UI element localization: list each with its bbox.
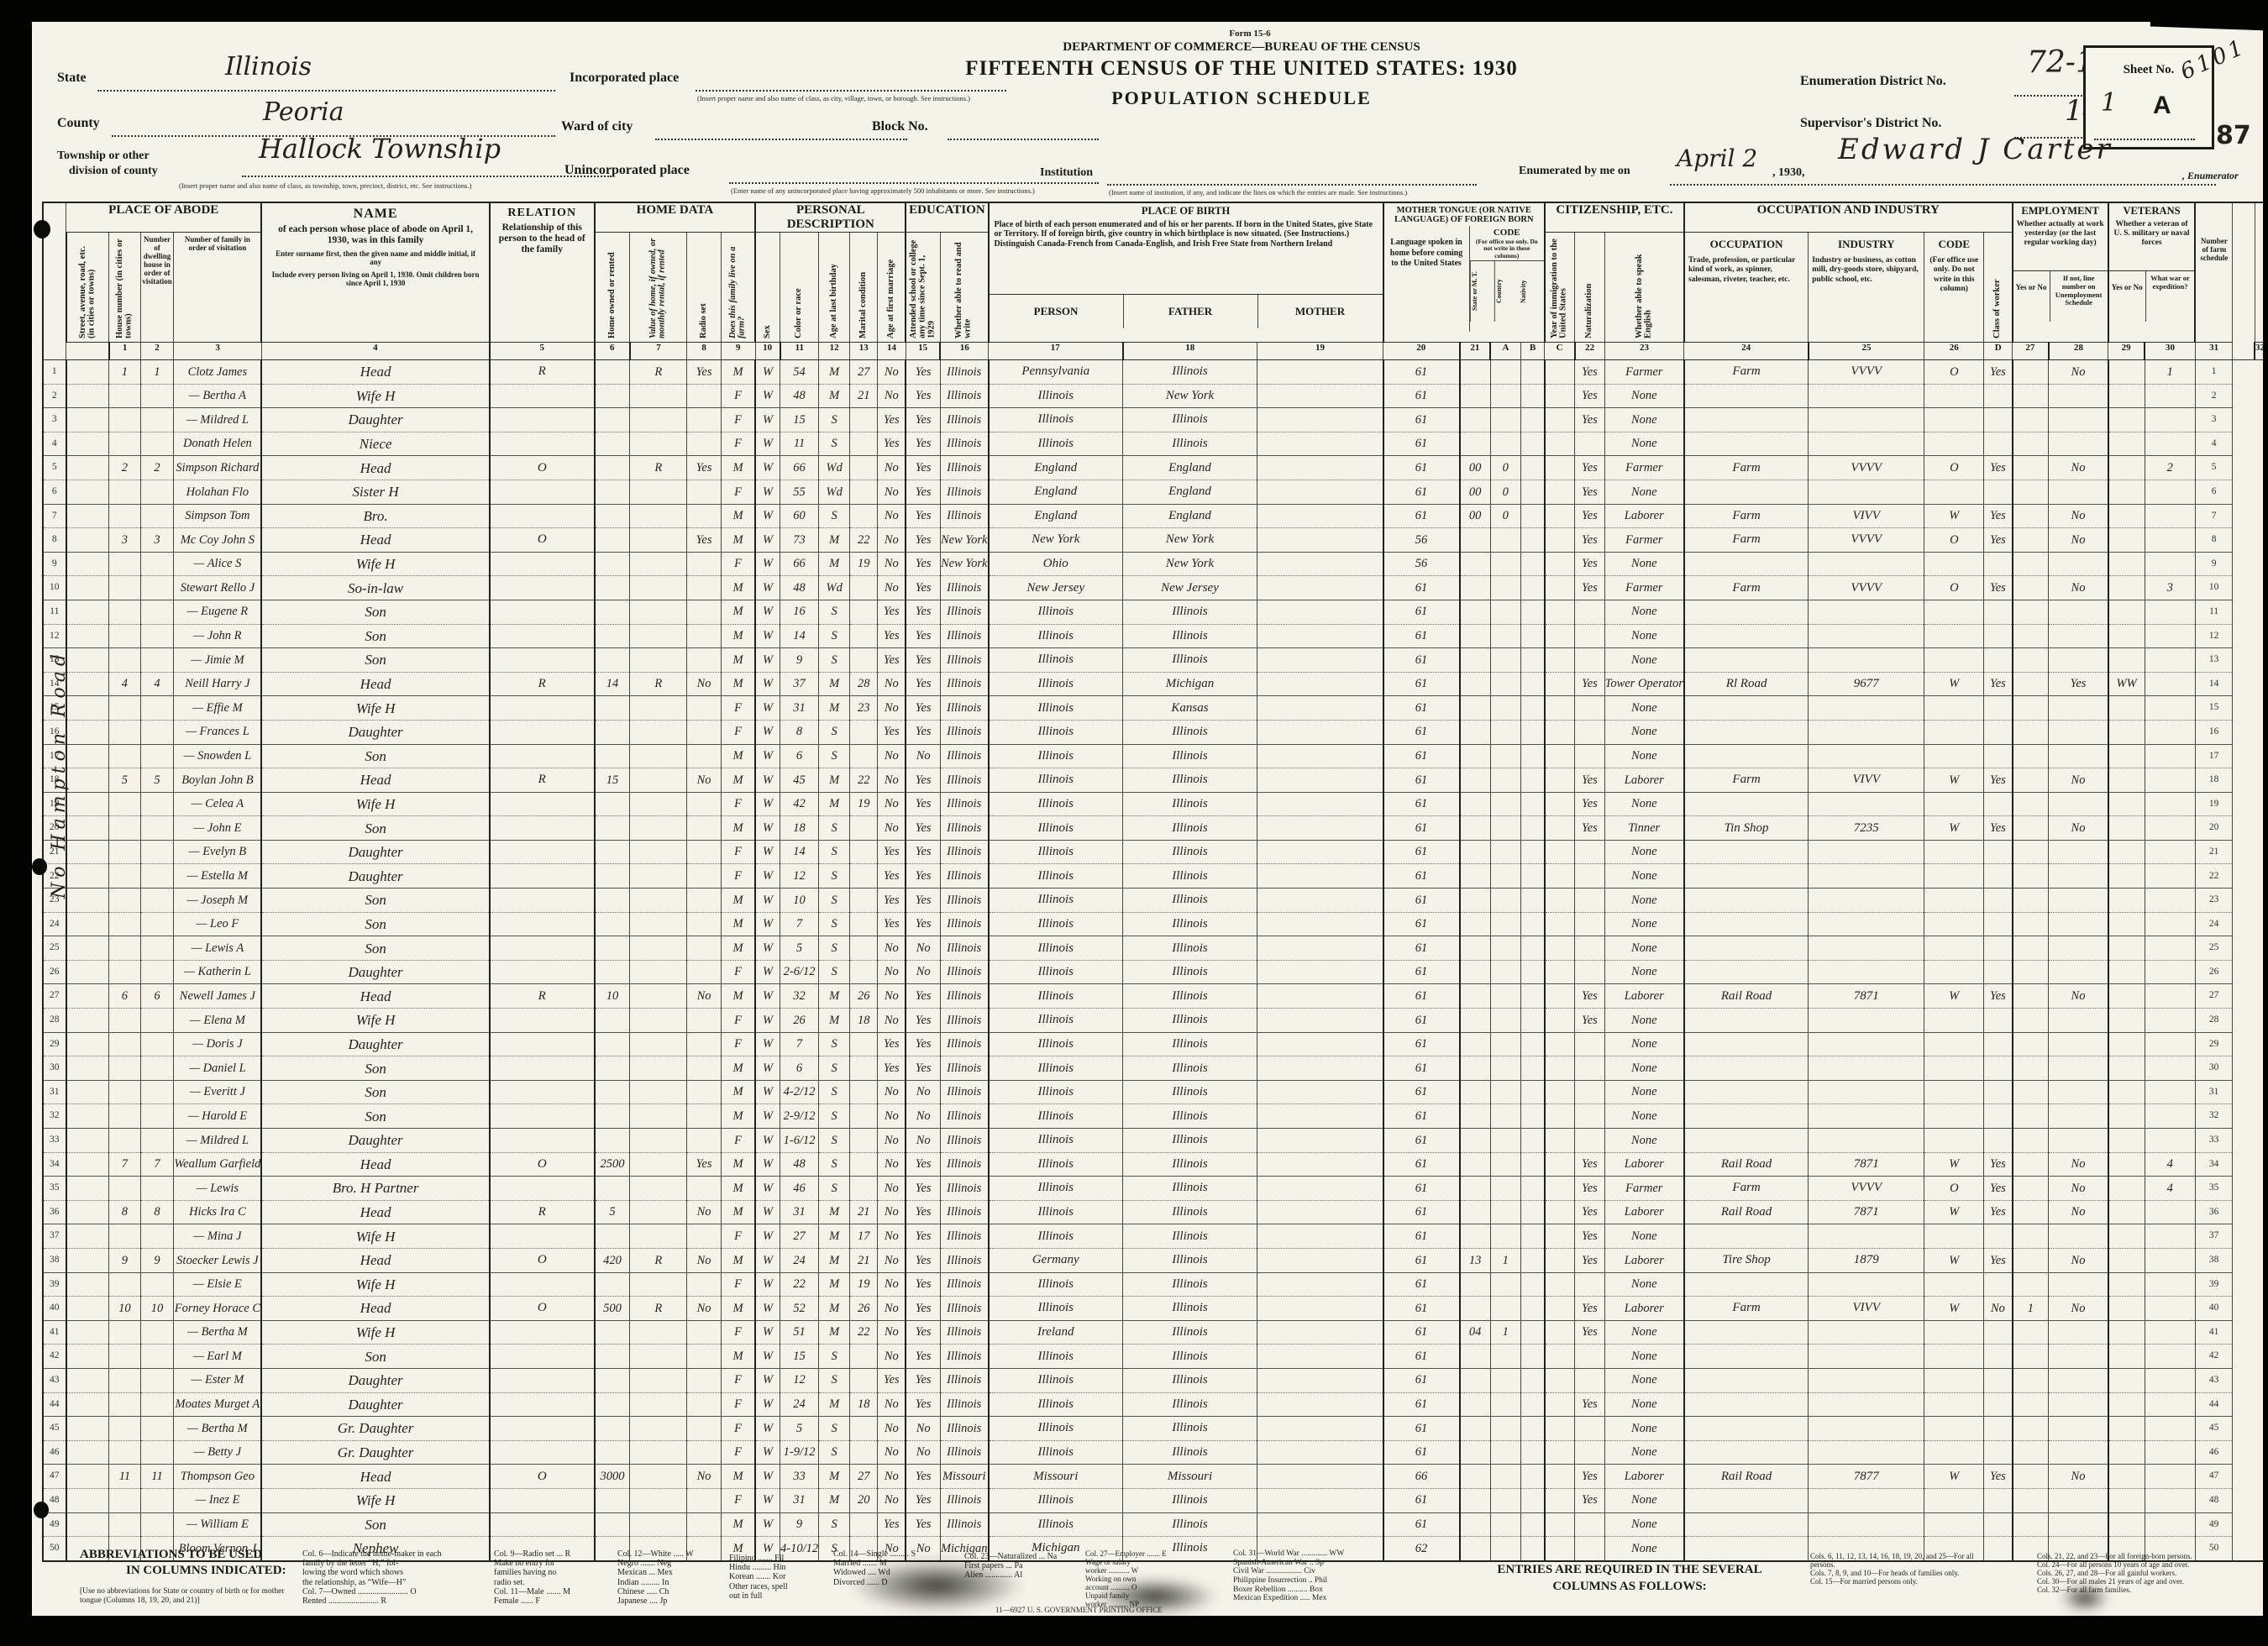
cell-street [66, 480, 109, 504]
cell-cA [1460, 960, 1491, 984]
cell-bp: Illinois [989, 792, 1123, 816]
cell-nat [1575, 1032, 1604, 1056]
cell-fam: — Katherin L [174, 960, 261, 984]
cell-v31 [2145, 1297, 2195, 1321]
footer-abbrev-line: Philippine Insurrection .. Phil [1233, 1576, 1447, 1586]
cell-bpm [1257, 1032, 1383, 1056]
cell-rel [490, 1345, 595, 1369]
line-number-left: 47 [43, 1465, 66, 1489]
cell-bpf: Illinois [1123, 1080, 1257, 1104]
cell-occ [1684, 552, 1809, 576]
cell-w29: No [2049, 816, 2108, 841]
cell-house: 10 [109, 1297, 140, 1321]
footer-abbrev-line: families having no [494, 1568, 612, 1577]
cell-agem: Yes [878, 864, 906, 889]
cell-rw: Illinois [940, 1392, 988, 1417]
cell-cls: Yes [1984, 1200, 2013, 1224]
cell-mar [850, 504, 878, 528]
cell-house [109, 576, 140, 600]
cell-fam: — Everitt J [174, 1080, 261, 1104]
cell-name: Daughter [261, 1368, 489, 1392]
cell-w28 [2013, 1129, 2049, 1153]
cell-rw: Illinois [940, 889, 988, 913]
cell-v31 [2145, 672, 2195, 696]
cell-cls: Yes [1984, 1177, 2013, 1201]
column-number: 22 [1575, 343, 1604, 360]
cell-eng: Laborer [1604, 984, 1684, 1009]
cell-rw: Illinois [940, 744, 988, 768]
cell-imm [1545, 744, 1575, 768]
column-number: 30 [2145, 343, 2195, 360]
cell-sch: Yes [906, 1320, 940, 1345]
cell-mar [850, 744, 878, 768]
cell-v30 [2108, 816, 2145, 841]
cell-v31: 2 [2145, 456, 2195, 480]
cell-bpm [1257, 1417, 1383, 1441]
cell-cls: Yes [1984, 1152, 2013, 1177]
cell-cls [1984, 1368, 2013, 1392]
line-number-right: 40 [2195, 1297, 2233, 1321]
cell-farm: M [721, 1345, 755, 1369]
cell-cls [1984, 840, 2013, 864]
cell-nat [1575, 720, 1604, 744]
cell-agem: No [878, 480, 906, 504]
cell-rw: Illinois [940, 936, 988, 961]
cell-cls: Yes [1984, 1248, 2013, 1272]
cell-occ [1684, 1537, 1809, 1561]
cell-eng: Laborer [1604, 1465, 1684, 1489]
cell-occ [1684, 480, 1809, 504]
cell-name: Bro. H Partner [261, 1177, 489, 1201]
cell-mar: 28 [850, 672, 878, 696]
cell-ind: VVVV [1809, 360, 1924, 385]
cell-house [109, 1368, 140, 1392]
cell-lang: 61 [1383, 1032, 1460, 1056]
cell-eng: None [1604, 840, 1684, 864]
cell-v31 [2145, 600, 2195, 624]
cell-radio [687, 1368, 721, 1392]
cell-v31 [2145, 1248, 2195, 1272]
cell-race: 8 [780, 720, 819, 744]
cell-occ: Rail Road [1684, 1465, 1809, 1489]
cell-imm [1545, 1368, 1575, 1392]
line-number-left: 33 [43, 1129, 66, 1153]
cell-eng: None [1604, 1440, 1684, 1465]
cell-eng: Farmer [1604, 528, 1684, 553]
cell-agem: No [878, 1104, 906, 1129]
cell-radio [687, 889, 721, 913]
cell-fam: — Jimie M [174, 648, 261, 673]
code-abc: State or M. T. Country Nativity [1470, 260, 1544, 322]
cell-nat [1575, 912, 1604, 936]
col-header-farm-schedule: Number of farm schedule [2195, 202, 2233, 343]
cell-farm: M [721, 504, 755, 528]
cell-ind [1809, 1320, 1924, 1345]
cell-bpf: Illinois [1123, 1512, 1257, 1537]
cell-agem: Yes [878, 1056, 906, 1081]
cell-street [66, 384, 109, 408]
cell-v30 [2108, 360, 2145, 385]
sheet-letter: A [2153, 92, 2171, 120]
cell-w29: No [2049, 528, 2108, 553]
cell-dwell [140, 1129, 174, 1153]
cell-bpm [1257, 1465, 1383, 1489]
cell-bpm [1257, 1297, 1383, 1321]
cell-age: S [819, 1440, 850, 1465]
cell-fam: — John E [174, 816, 261, 841]
cell-val: R [630, 456, 687, 480]
cell-own: 15 [595, 768, 630, 793]
cell-imm [1545, 720, 1575, 744]
cell-street [66, 1512, 109, 1537]
cell-ind: 7235 [1809, 816, 1924, 841]
cell-bpf: Illinois [1123, 840, 1257, 864]
cell-bp: Illinois [989, 408, 1123, 432]
col-header-code-c: Nativity [1520, 261, 1544, 322]
cell-sch: No [906, 1440, 940, 1465]
employment-desc: Whether actually at work yesterday (or t… [2013, 217, 2108, 270]
cell-dwell [140, 816, 174, 841]
cell-race: 48 [780, 1152, 819, 1177]
cell-sex: W [755, 889, 780, 913]
cell-radio [687, 696, 721, 721]
cell-cls [1984, 960, 2013, 984]
cell-v31 [2145, 1032, 2195, 1056]
cell-val [630, 432, 687, 456]
cell-cA [1460, 648, 1491, 673]
cell-fam: — Bertha M [174, 1320, 261, 1345]
cell-sex: W [755, 816, 780, 841]
cell-imm [1545, 528, 1575, 553]
cell-ind [1809, 432, 1924, 456]
line-number-left: 24 [43, 912, 66, 936]
cell-cB [1490, 1488, 1520, 1512]
cell-dwell [140, 960, 174, 984]
cell-cB [1490, 912, 1520, 936]
cell-rel [490, 1488, 595, 1512]
cell-sex: W [755, 624, 780, 648]
cell-race: 54 [780, 360, 819, 385]
col-header-immigration: Year of immigration to the United States [1545, 233, 1575, 343]
cell-imm [1545, 1200, 1575, 1224]
cell-w29 [2049, 552, 2108, 576]
cell-eng: None [1604, 480, 1684, 504]
cell-val [630, 1488, 687, 1512]
line-number-left: 27 [43, 984, 66, 1009]
table-header: PLACE OF ABODE NAME of each person whose… [43, 202, 2267, 360]
cell-radio: No [687, 1465, 721, 1489]
department-line: DEPARTMENT OF COMMERCE—BUREAU OF THE CEN… [922, 40, 1561, 55]
cell-cD [1924, 936, 1984, 961]
cell-w29 [2049, 792, 2108, 816]
cell-w29 [2049, 432, 2108, 456]
cell-rw: Illinois [940, 1297, 988, 1321]
cell-mar [850, 432, 878, 456]
cell-race: 7 [780, 912, 819, 936]
cell-nat: Yes [1575, 1320, 1604, 1345]
cell-v30 [2108, 792, 2145, 816]
cell-radio [687, 576, 721, 600]
cell-imm [1545, 696, 1575, 721]
cell-v30 [2108, 408, 2145, 432]
cell-sex: W [755, 1440, 780, 1465]
cell-cA [1460, 360, 1491, 385]
cell-val: R [630, 672, 687, 696]
cell-house [109, 744, 140, 768]
cell-age: M [819, 360, 850, 385]
cell-race: 12 [780, 1368, 819, 1392]
cell-val [630, 960, 687, 984]
cell-val [630, 624, 687, 648]
line-number-right: 29 [2195, 1032, 2233, 1056]
cell-own [595, 960, 630, 984]
unincorporated-line [729, 181, 1099, 184]
cell-name: Head [261, 1297, 489, 1321]
cell-cC [1520, 912, 1545, 936]
cell-v31 [2145, 1129, 2195, 1153]
cell-age: Wd [819, 456, 850, 480]
cell-own [595, 1224, 630, 1249]
cell-farm: M [721, 456, 755, 480]
cell-race: 5 [780, 1417, 819, 1441]
cell-lang: 61 [1383, 744, 1460, 768]
cell-bp: Illinois [989, 1056, 1123, 1081]
person-row: 48— Inez EWife HFW31M20NoYesIllinoisIlli… [43, 1488, 2267, 1512]
col-header-read-write: Whether able to read and write [940, 233, 988, 343]
cell-own [595, 624, 630, 648]
cell-farm: F [721, 1368, 755, 1392]
cell-v31 [2145, 1512, 2195, 1537]
person-row: 17— Snowden LSonMW6SNoNoIllinoisIllinois… [43, 744, 2267, 768]
cell-fam: — Mildred L [174, 408, 261, 432]
cell-house: 8 [109, 1200, 140, 1224]
cell-cD [1924, 1056, 1984, 1081]
cell-w28 [2013, 552, 2049, 576]
cell-cB [1490, 624, 1520, 648]
footer-abbrev-line: Female ...... F [494, 1596, 612, 1606]
cell-bpf: Illinois [1123, 624, 1257, 648]
person-row: 3477Weallum GarfieldHeadO2500YesMW48SNoY… [43, 1152, 2267, 1177]
cell-rel [490, 1368, 595, 1392]
cell-fam: Clotz James [174, 360, 261, 385]
cell-ind [1809, 960, 1924, 984]
cell-street [66, 600, 109, 624]
cell-own [595, 696, 630, 721]
column-number: 16 [940, 343, 988, 360]
cell-farm: M [721, 1177, 755, 1201]
cell-agem: No [878, 1440, 906, 1465]
footer-abbrev-line: Other races, spell [729, 1582, 828, 1591]
cell-agem: Yes [878, 912, 906, 936]
cell-street [66, 984, 109, 1009]
cell-sex: W [755, 768, 780, 793]
cell-rw: Illinois [940, 1129, 988, 1153]
cell-mar: 19 [850, 792, 878, 816]
cell-rw: Illinois [940, 648, 988, 673]
cell-w29 [2049, 889, 2108, 913]
cell-lang: 61 [1383, 792, 1460, 816]
cell-sex: W [755, 1032, 780, 1056]
cell-cD [1924, 792, 1984, 816]
cell-fam: Holahan Flo [174, 480, 261, 504]
cell-agem: Yes [878, 889, 906, 913]
cell-name: Son [261, 1512, 489, 1537]
cell-cls: Yes [1984, 1465, 2013, 1489]
cell-bpf: Illinois [1123, 768, 1257, 793]
cell-w28 [2013, 576, 2049, 600]
cell-val [630, 840, 687, 864]
cell-w28 [2013, 720, 2049, 744]
cell-rw: Illinois [940, 1512, 988, 1537]
cell-own [595, 552, 630, 576]
cell-w28 [2013, 1009, 2049, 1033]
cell-mar: 21 [850, 1248, 878, 1272]
cell-eng: None [1604, 1320, 1684, 1345]
cell-own: 3000 [595, 1465, 630, 1489]
line-number-right: 21 [2195, 840, 2233, 864]
cell-sex: W [755, 1417, 780, 1441]
cell-cC [1520, 1488, 1545, 1512]
cell-fam: — Betty J [174, 1440, 261, 1465]
cell-bpm [1257, 600, 1383, 624]
cell-fam: Neill Harry J [174, 672, 261, 696]
cell-rw: Illinois [940, 1224, 988, 1249]
cell-w28 [2013, 504, 2049, 528]
person-row: 471111Thompson GeoHeadO3000NoMW33M27NoYe… [43, 1465, 2267, 1489]
cell-w28 [2013, 624, 2049, 648]
cell-fam: — Lewis A [174, 936, 261, 961]
cell-bpm [1257, 1200, 1383, 1224]
cell-rw: Illinois [940, 768, 988, 793]
cell-nat: Yes [1575, 768, 1604, 793]
cell-cls [1984, 744, 2013, 768]
cell-bp: New York [989, 528, 1123, 553]
cell-bpm [1257, 1345, 1383, 1369]
line-number-right: 44 [2195, 1392, 2233, 1417]
cell-v31 [2145, 936, 2195, 961]
cell-mar [850, 456, 878, 480]
cell-w28 [2013, 1200, 2049, 1224]
cell-cls [1984, 1440, 2013, 1465]
cell-lang: 61 [1383, 840, 1460, 864]
cell-w29 [2049, 720, 2108, 744]
line-number-left: 31 [43, 1080, 66, 1104]
cell-house: 6 [109, 984, 140, 1009]
cell-sex: W [755, 1465, 780, 1489]
line-number-right: 15 [2195, 696, 2233, 721]
cell-own [595, 408, 630, 432]
cell-cB [1490, 816, 1520, 841]
cell-lang: 61 [1383, 696, 1460, 721]
cell-bp: Illinois [989, 864, 1123, 889]
cell-cB [1490, 600, 1520, 624]
cell-rw: Illinois [940, 1200, 988, 1224]
cell-bpm [1257, 1104, 1383, 1129]
cell-imm [1545, 624, 1575, 648]
cell-w28 [2013, 1345, 2049, 1369]
cell-eng: None [1604, 1417, 1684, 1441]
cell-name: Niece [261, 432, 489, 456]
cell-lang: 61 [1383, 624, 1460, 648]
cell-ind [1809, 1080, 1924, 1104]
cell-w28 [2013, 1224, 2049, 1249]
relation-title: RELATION [491, 203, 594, 220]
ward-label: Ward of city [561, 119, 633, 134]
cell-nat: Yes [1575, 792, 1604, 816]
cell-bp: England [989, 504, 1123, 528]
cell-cD [1924, 1080, 1984, 1104]
cell-rw: Illinois [940, 1032, 988, 1056]
cell-occ [1684, 864, 1809, 889]
cell-fam: Simpson Tom [174, 504, 261, 528]
cell-w29: No [2049, 576, 2108, 600]
cell-cls [1984, 864, 2013, 889]
cell-w28 [2013, 1417, 2049, 1441]
state-value: Illinois [225, 52, 312, 81]
cell-rw: Illinois [940, 1177, 988, 1201]
line-number-left: 25 [43, 936, 66, 961]
cell-agem: No [878, 1224, 906, 1249]
cell-rw: Illinois [940, 696, 988, 721]
cell-dwell: 4 [140, 672, 174, 696]
cell-house [109, 600, 140, 624]
cell-eng: None [1604, 1512, 1684, 1537]
cell-val [630, 1392, 687, 1417]
cell-rw: Illinois [940, 1440, 988, 1465]
cell-dwell [140, 1009, 174, 1033]
cell-dwell: 9 [140, 1248, 174, 1272]
line-number-right: 22 [2195, 864, 2233, 889]
cell-dwell [140, 1392, 174, 1417]
cell-bp: Illinois [989, 672, 1123, 696]
census-title: FIFTEENTH CENSUS OF THE UNITED STATES: 1… [922, 57, 1561, 81]
cell-race: 1-6/12 [780, 1129, 819, 1153]
cell-val [630, 600, 687, 624]
cell-fam: — Earl M [174, 1345, 261, 1369]
cell-name: Son [261, 648, 489, 673]
enumerated-line [1670, 183, 2216, 186]
cell-sch: Yes [906, 1512, 940, 1537]
cell-imm [1545, 1056, 1575, 1081]
cell-v30 [2108, 1320, 2145, 1345]
cell-bpf: Illinois [1123, 816, 1257, 841]
cell-nat: Yes [1575, 984, 1604, 1009]
cell-cA [1460, 1177, 1491, 1201]
cell-farm: M [721, 1465, 755, 1489]
cell-cA [1460, 1392, 1491, 1417]
cell-ind [1809, 936, 1924, 961]
cell-lang: 61 [1383, 960, 1460, 984]
cell-occ: Farm [1684, 1177, 1809, 1201]
cell-age: S [819, 1177, 850, 1201]
cell-street [66, 1297, 109, 1321]
cell-rel [490, 1272, 595, 1297]
cell-cD [1924, 840, 1984, 864]
cell-sex: W [755, 984, 780, 1009]
group-home-data: HOME DATA [595, 202, 756, 233]
column-number: 6 [595, 343, 630, 360]
cell-age: M [819, 528, 850, 553]
cell-v30 [2108, 1488, 2145, 1512]
cell-sch: Yes [906, 480, 940, 504]
cell-v30 [2108, 1297, 2145, 1321]
cell-w29: No [2049, 1465, 2108, 1489]
cell-own [595, 1129, 630, 1153]
cell-age: S [819, 648, 850, 673]
cell-w29: No [2049, 360, 2108, 385]
cell-cA [1460, 864, 1491, 889]
cell-rw: Illinois [940, 1345, 988, 1369]
